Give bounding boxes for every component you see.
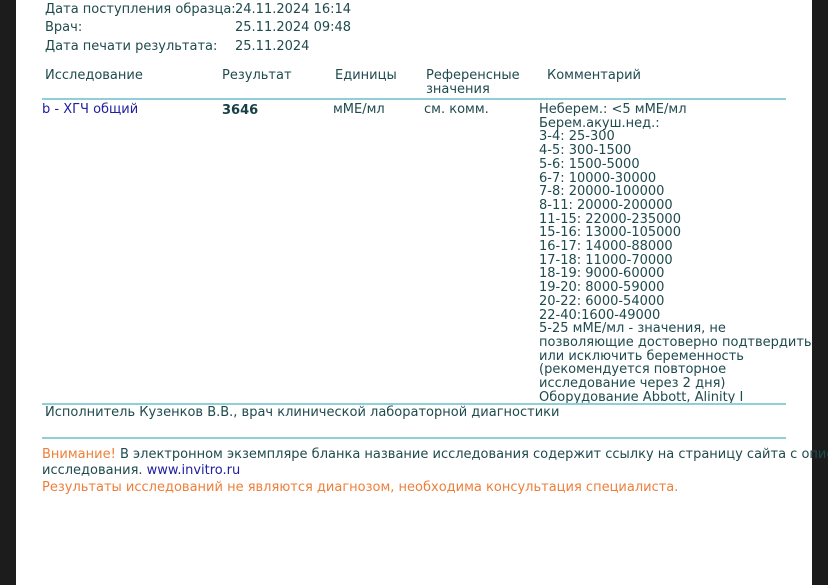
comment-text: Неберем.: <5 мМЕ/мл Берем.акуш.нед.: 3-4…	[539, 103, 812, 404]
sample-received-value: 24.11.2024 16:14	[235, 3, 351, 17]
notice-line1: Внимание! В электронном экземпляре бланк…	[42, 448, 828, 462]
notice-line2: исследования. www.invitro.ru	[42, 464, 240, 478]
notice-text-cont: исследования.	[42, 463, 147, 478]
print-date-label: Дата печати результата:	[45, 40, 217, 54]
doctor-label: Врач:	[45, 21, 82, 35]
header-divider	[42, 98, 786, 100]
footer-divider	[42, 437, 786, 439]
header-test: Исследование	[45, 69, 143, 83]
header-units: Единицы	[335, 69, 397, 83]
notice-text: В электронном экземпляре бланка название…	[116, 447, 828, 462]
disclaimer-text: Результаты исследований не являются диаг…	[42, 481, 678, 495]
header-reference: Референсные	[426, 69, 520, 83]
warning-label: Внимание!	[42, 447, 116, 462]
units-value: мМЕ/мл	[333, 103, 385, 117]
performer-text: Исполнитель Кузенков В.В., врач клиничес…	[45, 406, 559, 420]
test-name-link[interactable]: b - ХГЧ общий	[42, 103, 138, 117]
header-reference-line2: значения	[426, 83, 490, 97]
print-date-value: 25.11.2024	[235, 40, 309, 54]
header-result: Результат	[222, 69, 292, 83]
result-value: 3646	[222, 104, 258, 118]
sample-received-label: Дата поступления образца:	[45, 3, 236, 17]
header-comment: Комментарий	[547, 69, 641, 83]
doctor-value: 25.11.2024 09:48	[235, 21, 351, 35]
lab-result-page: Дата поступления образца: 24.11.2024 16:…	[16, 0, 812, 585]
reference-value: см. комм.	[424, 103, 489, 117]
invitro-link[interactable]: www.invitro.ru	[147, 463, 241, 478]
